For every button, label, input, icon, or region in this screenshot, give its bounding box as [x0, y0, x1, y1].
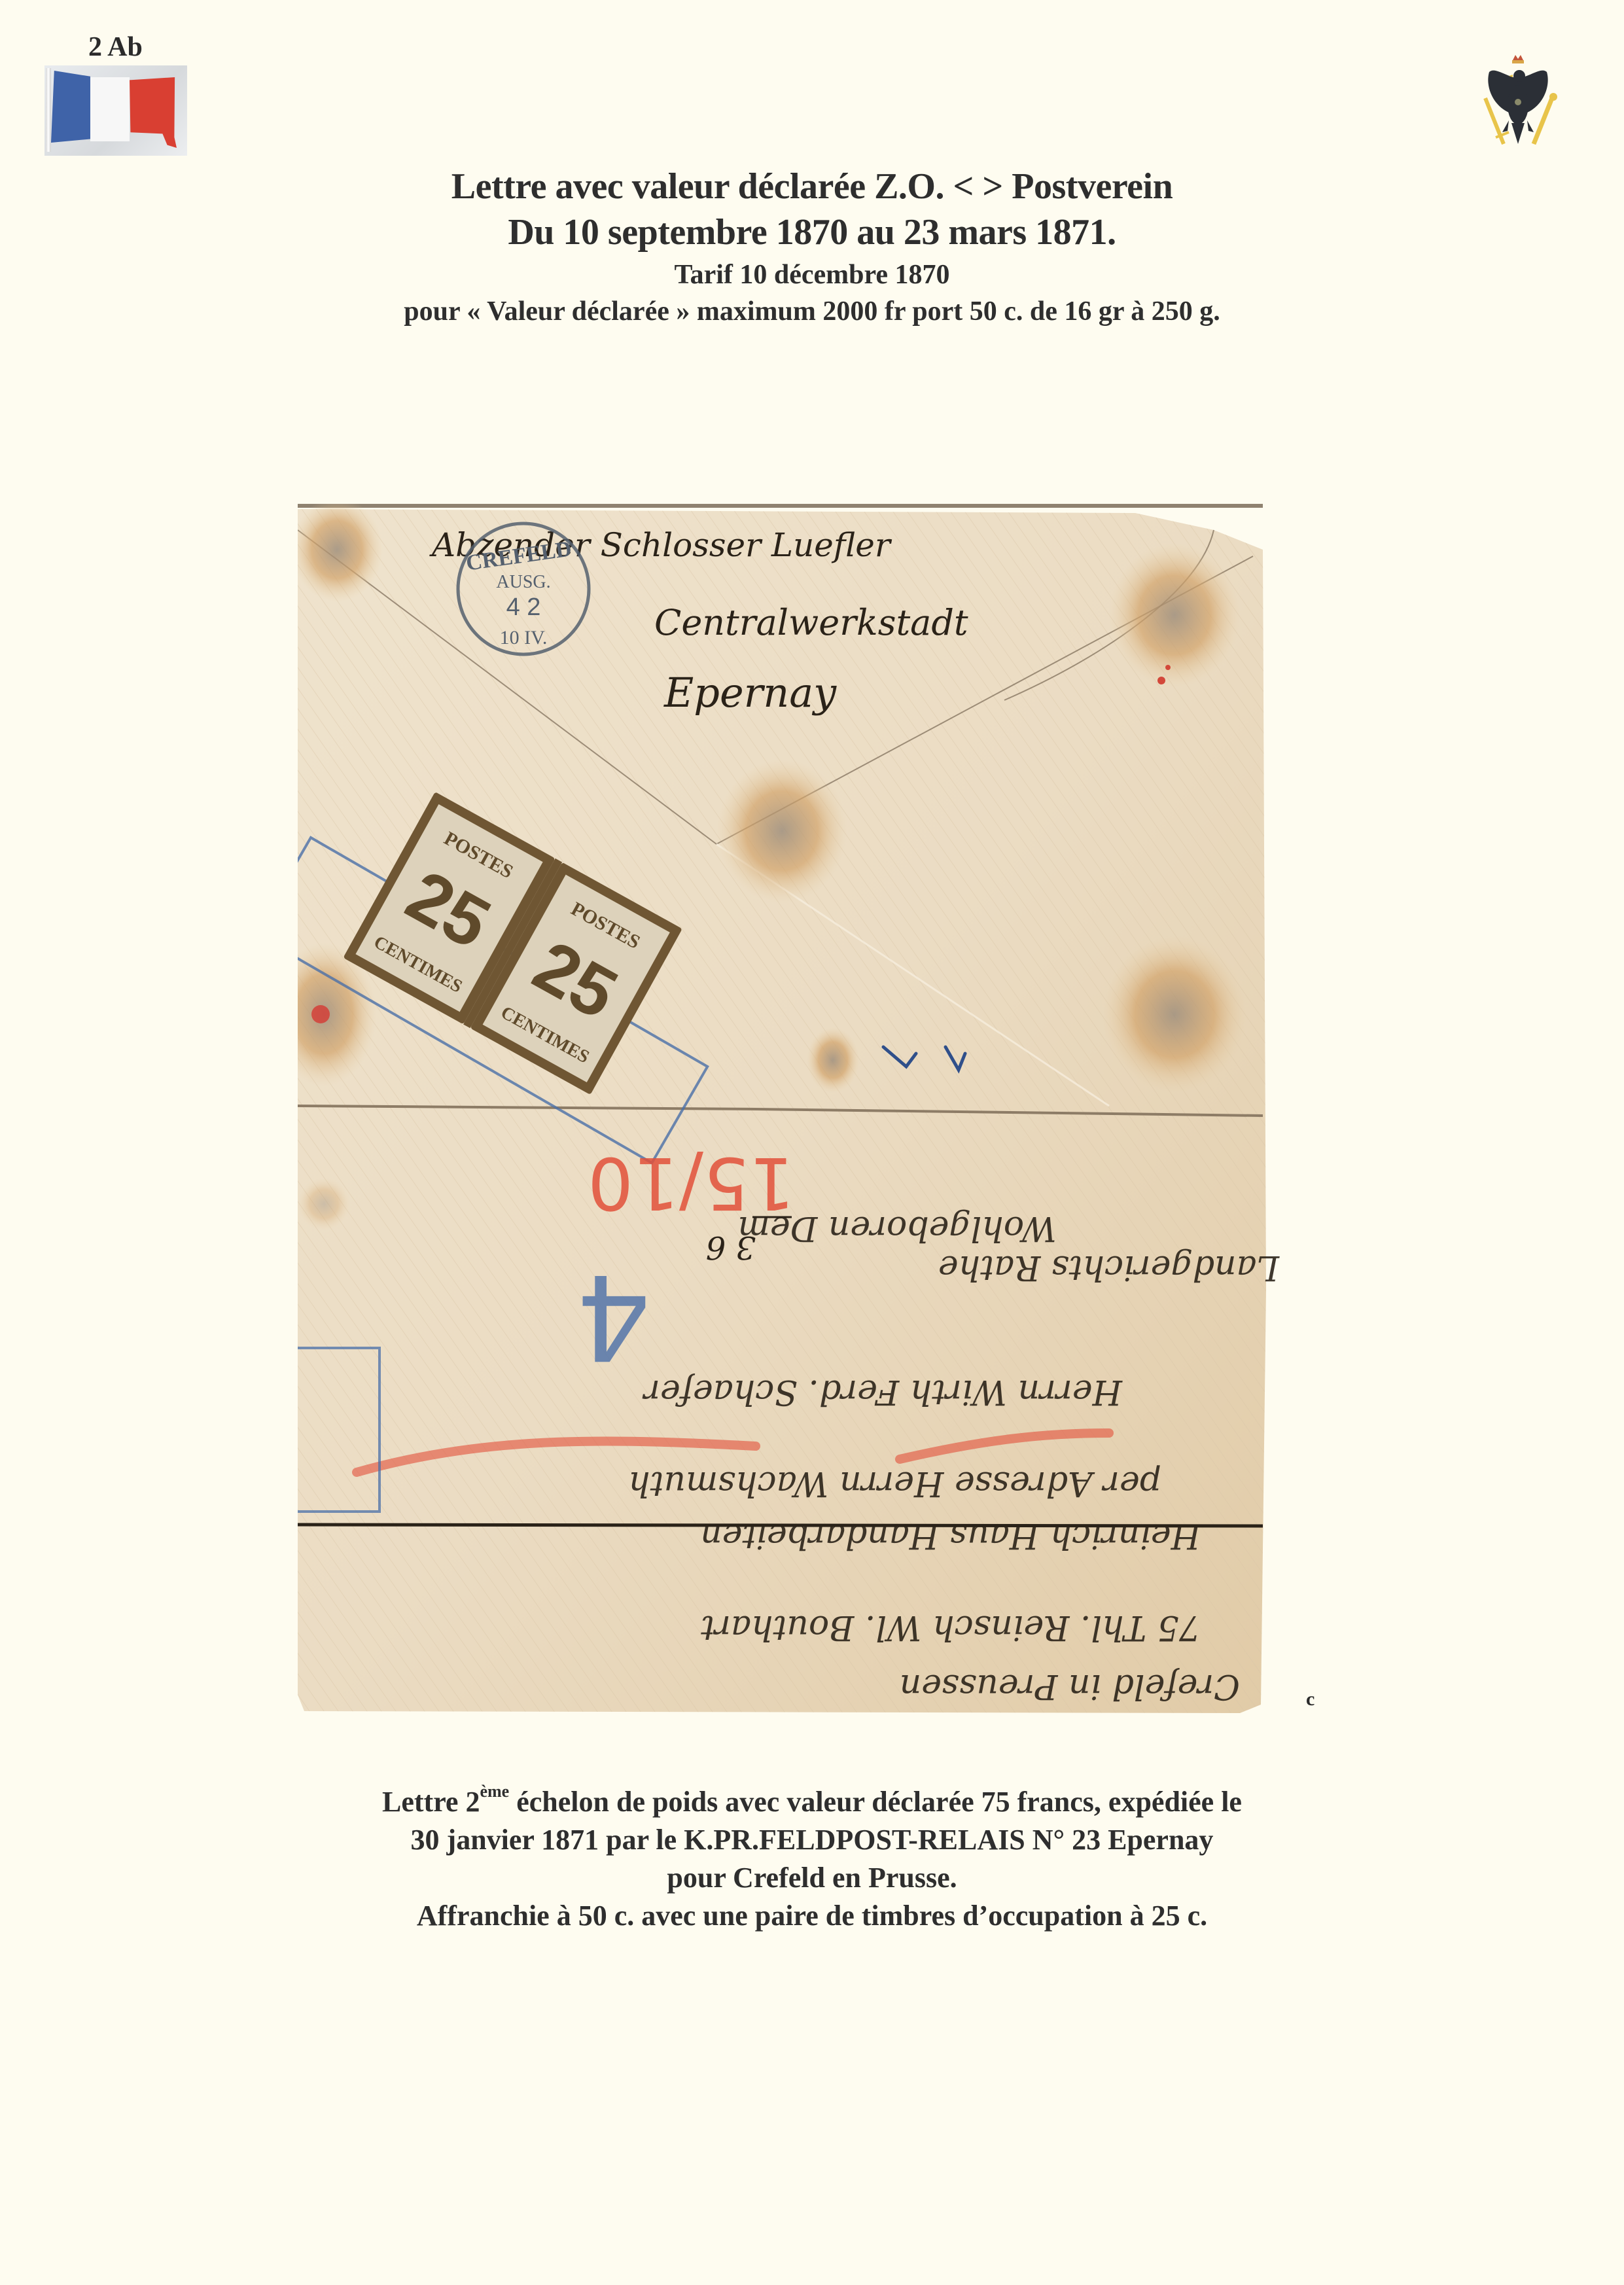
- caption-superscript: ème: [480, 1782, 509, 1801]
- sender-line-3: Epernay: [663, 669, 837, 717]
- red-crayon-mark: 15/10: [588, 1141, 795, 1225]
- sender-line-2: Centralwerkstadt: [654, 602, 968, 643]
- caption-line-4: Affranchie à 50 c. avec une paire de tim…: [0, 1897, 1624, 1935]
- postmark-time: 10 IV.: [500, 627, 548, 648]
- svg-text:Herrn Wirth Ferd. Schaefer: Herrn Wirth Ferd. Schaefer: [642, 1372, 1123, 1411]
- svg-text:Crefeld in Preussen: Crefeld in Preussen: [900, 1667, 1240, 1706]
- svg-text:per Adresse Herrn Wachsmuth: per Adresse Herrn Wachsmuth: [628, 1464, 1161, 1503]
- flag-red-band: [130, 77, 177, 148]
- page-number: 2 Ab: [88, 31, 143, 63]
- tarif-detail: pour « Valeur déclarée » maximum 2000 fr…: [0, 293, 1624, 330]
- corner-mark: c: [1306, 1688, 1315, 1710]
- svg-text:Heinrich Haus Handarbeiten: Heinrich Haus Handarbeiten: [700, 1516, 1201, 1555]
- caption-line-1-prefix: Lettre 2: [382, 1786, 480, 1818]
- caption-line-1: Lettre 2ème échelon de poids avec valeur…: [0, 1783, 1624, 1821]
- caption-line-2: 30 janvier 1871 par le K.PR.FELDPOST-REL…: [0, 1821, 1624, 1859]
- flag-pole: [46, 68, 51, 152]
- cover-caption: Lettre 2ème échelon de poids avec valeur…: [0, 1783, 1624, 1935]
- page-title: Lettre avec valeur déclarée Z.O. < > Pos…: [0, 164, 1624, 209]
- caption-line-1-suffix: échelon de poids avec valeur déclarée 75…: [509, 1786, 1242, 1818]
- flag-white-band: [90, 77, 130, 141]
- period-subtitle: Du 10 septembre 1870 au 23 mars 1871.: [0, 209, 1624, 255]
- envelope-cover: Abzender Schlosser Luefler Centralwerkst…: [298, 504, 1302, 1713]
- flag-blue-band: [51, 71, 90, 143]
- tarif-line: Tarif 10 décembre 1870: [0, 257, 1624, 293]
- svg-text:75 Thl. Reinsch Wl. Bouthart: 75 Thl. Reinsch Wl. Bouthart: [701, 1608, 1201, 1647]
- postmark-line2: AUSG.: [496, 572, 550, 592]
- ink-note: 3 6: [706, 1229, 756, 1266]
- blue-crayon-mark: 4: [576, 1248, 651, 1385]
- postmark-date: 4 2: [506, 593, 541, 621]
- page-header: Lettre avec valeur déclarée Z.O. < > Pos…: [0, 164, 1624, 330]
- svg-text:Landgerichts Rathe: Landgerichts Rathe: [938, 1248, 1280, 1287]
- prussian-eagle-icon: [1466, 52, 1570, 151]
- caption-line-3: pour Crefeld en Prusse.: [0, 1859, 1624, 1897]
- french-flag-icon: [44, 65, 187, 156]
- envelope-illustration: Abzender Schlosser Luefler Centralwerkst…: [298, 504, 1302, 1713]
